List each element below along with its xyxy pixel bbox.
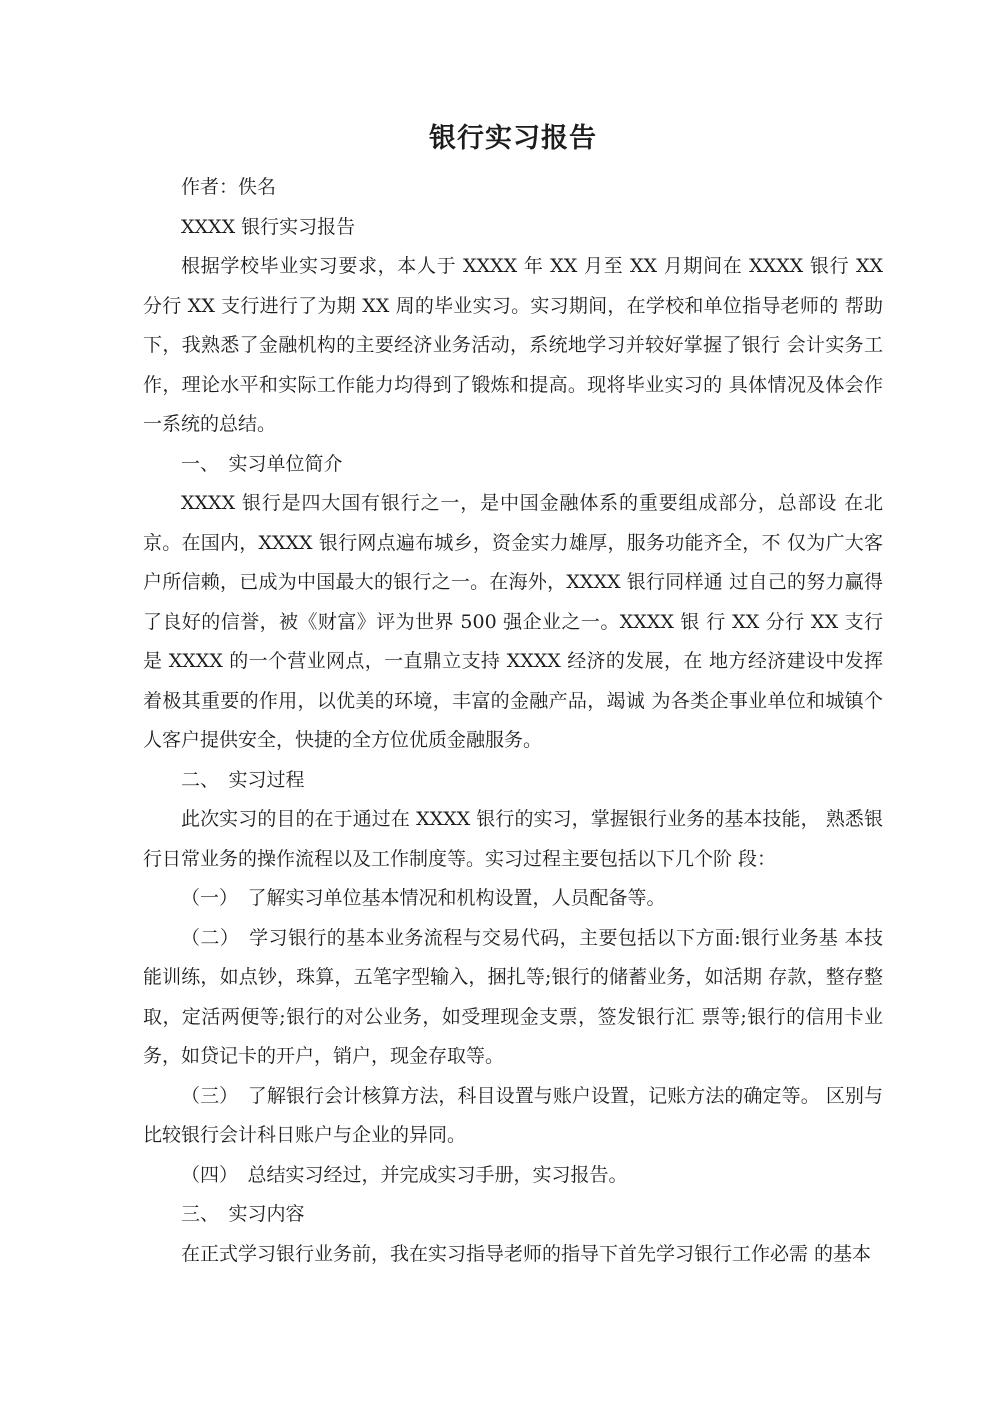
list-item-2: （二） 学习银行的基本业务流程与交易代码，主要包括以下方面:银行业务基 本技能训…	[143, 919, 883, 1077]
paragraph-unit-intro: XXXX 银行是四大国有银行之一，是中国金融体系的重要组成部分，总部设 在北京。…	[143, 484, 883, 761]
doc-title: 银行实习报告	[143, 120, 883, 158]
list-item-3: （三） 了解银行会计核算方法，科目设置与账户设置，记账方法的确定等。 区别与比较…	[143, 1077, 883, 1156]
list-item-4: （四） 总结实习经过，并完成实习手册，实习报告。	[143, 1156, 883, 1196]
paragraph-process: 此次实习的目的在于通过在 XXXX 银行的实习，掌握银行业务的基本技能， 熟悉银…	[143, 800, 883, 879]
author-line: 作者：佚名	[143, 168, 883, 208]
section-heading-unit: 一、 实习单位简介	[143, 445, 883, 485]
section-heading-process: 二、 实习过程	[143, 761, 883, 801]
section-heading-content: 三、 实习内容	[143, 1195, 883, 1235]
document-content: 银行实习报告 作者：佚名 XXXX 银行实习报告 根据学校毕业实习要求，本人于 …	[143, 0, 883, 1274]
list-item-1: （一） 了解实习单位基本情况和机构设置，人员配备等。	[143, 879, 883, 919]
paragraph-content-intro: 在正式学习银行业务前，我在实习指导老师的指导下首先学习银行工作必需 的基本	[143, 1235, 883, 1275]
paragraph-intro: 根据学校毕业实习要求，本人于 XXXX 年 XX 月至 XX 月期间在 XXXX…	[143, 247, 883, 445]
subtitle-line: XXXX 银行实习报告	[143, 208, 883, 248]
document-page: 银行实习报告 作者：佚名 XXXX 银行实习报告 根据学校毕业实习要求，本人于 …	[0, 0, 1000, 1415]
